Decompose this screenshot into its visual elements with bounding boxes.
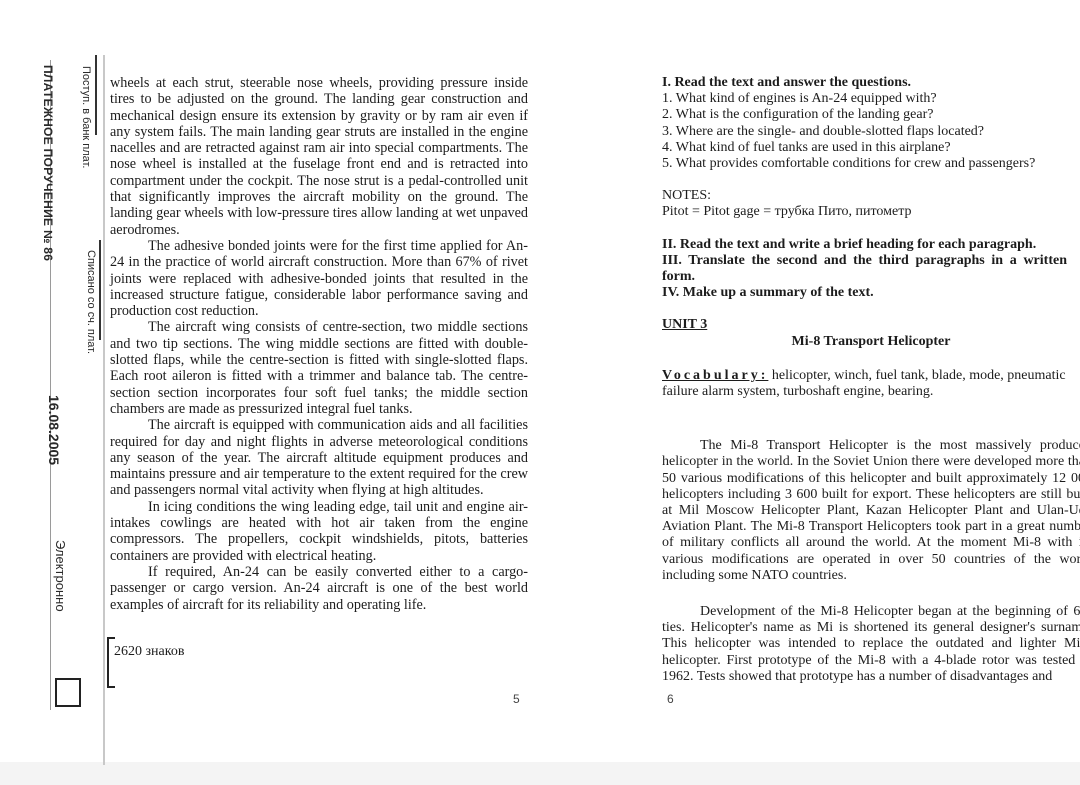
page-fold-line [103,55,105,765]
paragraph-conversion: If required, An-24 can be easily convert… [110,564,528,613]
unit-title: Mi-8 Transport Helicopter [662,334,1080,350]
paragraph-equipment: The aircraft is equipped with communicat… [110,417,528,498]
unit-label: UNIT 3 [662,317,1080,333]
vocabulary: Vocabulary: helicopter, winch, fuel tank… [662,368,1080,400]
paragraph-landing-gear: wheels at each strut, steerable nose whe… [110,75,528,238]
task-1-title: I. Read the text and answer the question… [662,75,1080,91]
payment-method: Электронно [53,540,68,612]
task-2: II. Read the text and write a brief head… [662,237,1080,253]
right-page-body: I. Read the text and answer the question… [662,75,1080,685]
stamp-checkbox [55,678,81,707]
stamp-date: 16.08.2005 [46,395,62,465]
task-4: IV. Make up a summary of the text. [662,285,1080,301]
scan-bottom-edge [0,762,1080,785]
task-3: III. Translate the second and the third … [662,253,1067,285]
question-1: 1. What kind of engines is An-24 equippe… [662,91,1080,107]
paragraph-mi8-intro: The Mi-8 Transport Helicopter is the mos… [662,438,1080,584]
character-count: 2620 знаков [114,644,184,660]
payment-order-title: ПЛАТЕЖНОЕ ПОРУЧЕНИЕ № 86 [41,65,55,261]
notes-text: Pitot = Pitot gage = трубка Пито, питоме… [662,204,1080,220]
paragraph-icing: In icing conditions the wing leading edg… [110,499,528,564]
question-4: 4. What kind of fuel tanks are used in t… [662,140,1080,156]
paragraph-adhesive-joints: The adhesive bonded joints were for the … [110,238,528,319]
question-5: 5. What provides comfortable conditions … [662,156,1080,172]
stamp-line [95,55,97,135]
page-number-left: 5 [513,692,520,706]
vocabulary-label: Vocabulary: [662,368,768,383]
written-off-label: Списано со сч. плат. [85,250,97,354]
left-page-body: wheels at each strut, steerable nose whe… [110,75,528,613]
notes-label: NOTES: [662,188,1080,204]
paragraph-mi8-development: Development of the Mi-8 Helicopter began… [662,604,1080,685]
question-3: 3. Where are the single- and double-slot… [662,124,1080,140]
stamp-line [99,240,101,340]
page-number-right: 6 [667,692,674,706]
bank-received-label: Поступ. в банк плат. [80,66,92,168]
paragraph-wing: The aircraft wing consists of centre-sec… [110,319,528,417]
question-2: 2. What is the configuration of the land… [662,107,1080,123]
